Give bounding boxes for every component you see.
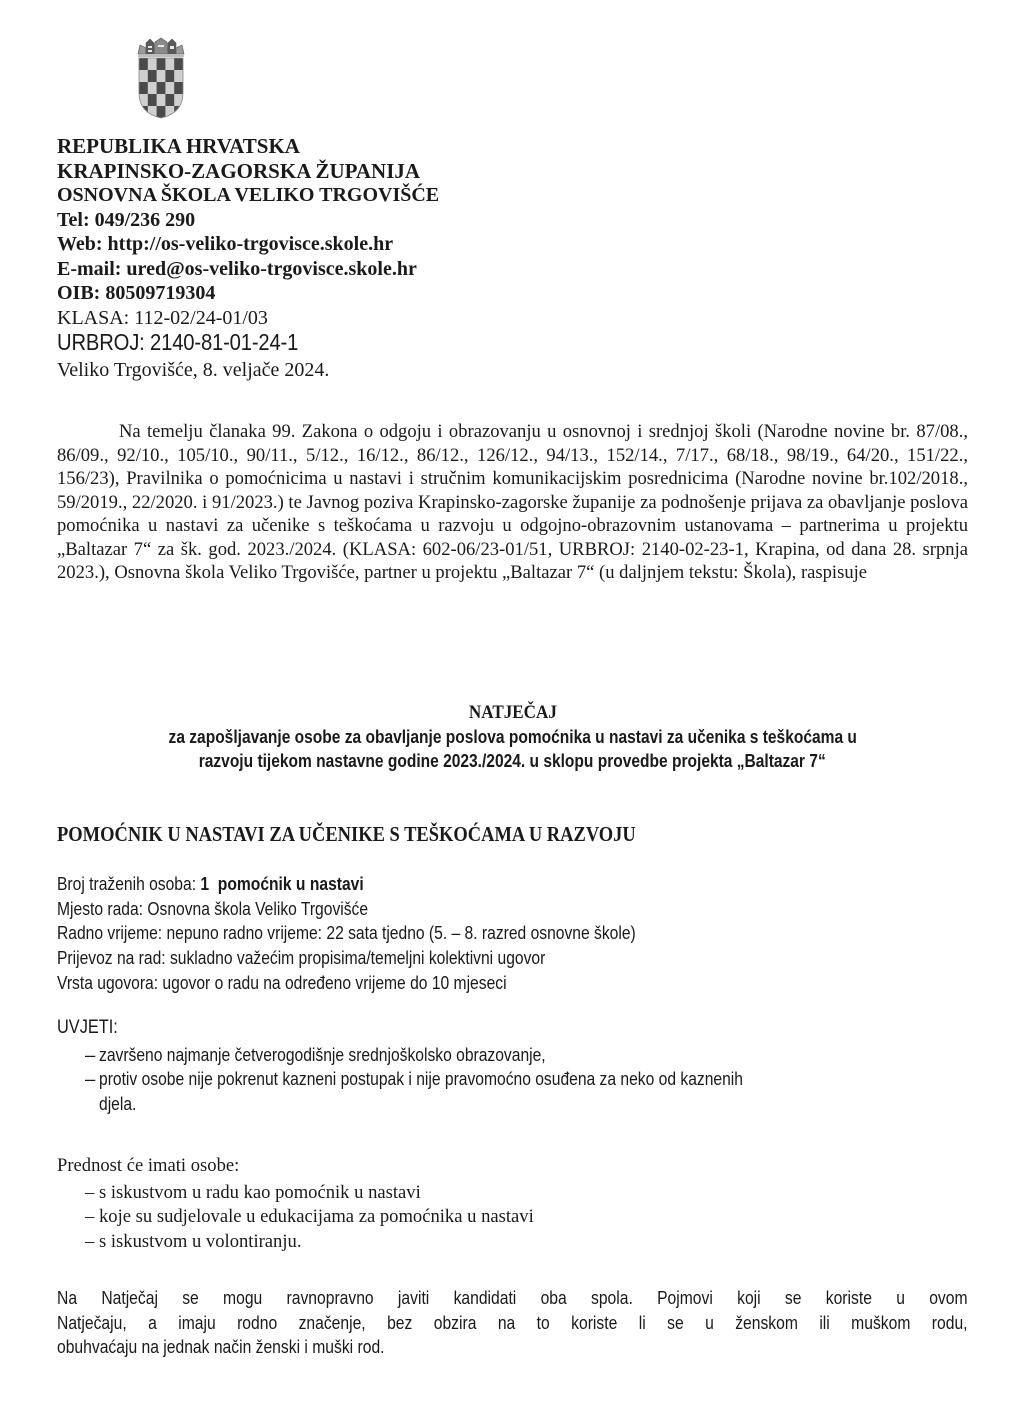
closing-line-2: Natječaju, a imaju rodno značenje, bez o… [57, 1311, 968, 1336]
coat-of-arms-icon [136, 37, 186, 119]
list-item: – s iskustvom u volontiranju. [57, 1230, 977, 1255]
detail-count: Broj traženih osoba: 1 pomoćnik u nastav… [57, 872, 636, 897]
letterhead: REPUBLIKA HRVATSKA KRAPINSKO-ZAGORSKA ŽU… [57, 134, 657, 382]
position-details: Broj traženih osoba: 1 pomoćnik u nastav… [57, 872, 742, 996]
dash-bullet-icon: – [85, 1230, 94, 1255]
dash-bullet-icon: – [85, 1181, 94, 1206]
urbroj: URBROJ: 2140-81-01-24-1 [57, 330, 298, 355]
detail-count-label: Broj traženih osoba: [57, 873, 196, 894]
equal-opportunity-paragraph: Na Natječaj se mogu ravnopravno javiti k… [57, 1286, 968, 1360]
detail-contract: Vrsta ugovora: ugovor o radu na određeno… [57, 971, 636, 996]
conditions-list: – završeno najmanje četverogodišnje sred… [57, 1043, 977, 1117]
list-item: – protiv osobe nije pokrenut kazneni pos… [57, 1067, 977, 1116]
closing-line-3: obuhvaćaju na jednak način ženski i mušk… [57, 1335, 968, 1360]
klasa: KLASA: 112-02/24-01/03 [57, 306, 657, 331]
website: Web: http://os-veliko-trgovisce.skole.hr [57, 232, 657, 257]
document-page: REPUBLIKA HRVATSKA KRAPINSKO-ZAGORSKA ŽU… [0, 0, 1016, 1404]
advantages-list: – s iskustvom u radu kao pomoćnik u nast… [57, 1181, 977, 1255]
detail-hours: Radno vrijeme: nepuno radno vrijeme: 22 … [57, 921, 636, 946]
advantages-section: Prednost će imati osobe: – s iskustvom u… [57, 1154, 977, 1254]
county-name: KRAPINSKO-ZAGORSKA ŽUPANIJA [57, 159, 657, 184]
announcement-heading: NATJEČAJ za zapošljavanje osobe za obavl… [57, 700, 968, 773]
detail-transport: Prijevoz na rad: sukladno važećim propis… [57, 946, 636, 971]
dash-bullet-icon: – [85, 1043, 95, 1068]
conditions-section: UVJETI: – završeno najmanje četverogodiš… [57, 1015, 977, 1116]
announcement-title: NATJEČAJ [468, 701, 556, 725]
telephone: Tel: 049/236 290 [57, 208, 657, 233]
list-item: – koje su sudjelovale u edukacijama za p… [57, 1205, 977, 1230]
detail-count-value: 1 pomoćnik u nastavi [200, 873, 363, 894]
closing-line-1: Na Natječaj se mogu ravnopravno javiti k… [57, 1286, 968, 1311]
email: E-mail: ured@os-veliko-trgovisce.skole.h… [57, 257, 657, 282]
school-name: OSNOVNA ŠKOLA VELIKO TRGOVIŠĆE [57, 183, 657, 208]
announcement-subtitle-line-2: razvoju tijekom nastavne godine 2023./20… [199, 749, 826, 773]
list-item: – završeno najmanje četverogodišnje sred… [57, 1043, 977, 1068]
advantages-title: Prednost će imati osobe: [57, 1154, 977, 1179]
announcement-subtitle-line-1: za zapošljavanje osobe za obavljanje pos… [168, 725, 856, 749]
country-name: REPUBLIKA HRVATSKA [57, 134, 657, 159]
place-and-date: Veliko Trgovišće, 8. veljače 2024. [57, 358, 657, 383]
conditions-title: UVJETI: [57, 1016, 118, 1041]
position-title: POMOĆNIK U NASTAVI ZA UČENIKE S TEŠKOĆAM… [57, 822, 636, 847]
legal-basis-paragraph: Na temelju članaka 99. Zakona o odgoju i… [57, 420, 968, 585]
detail-location: Mjesto rada: Osnovna škola Veliko Trgovi… [57, 897, 636, 922]
list-item: – s iskustvom u radu kao pomoćnik u nast… [57, 1181, 977, 1206]
dash-bullet-icon: – [85, 1205, 94, 1230]
oib: OIB: 80509719304 [57, 281, 657, 306]
dash-bullet-icon: – [85, 1067, 95, 1092]
